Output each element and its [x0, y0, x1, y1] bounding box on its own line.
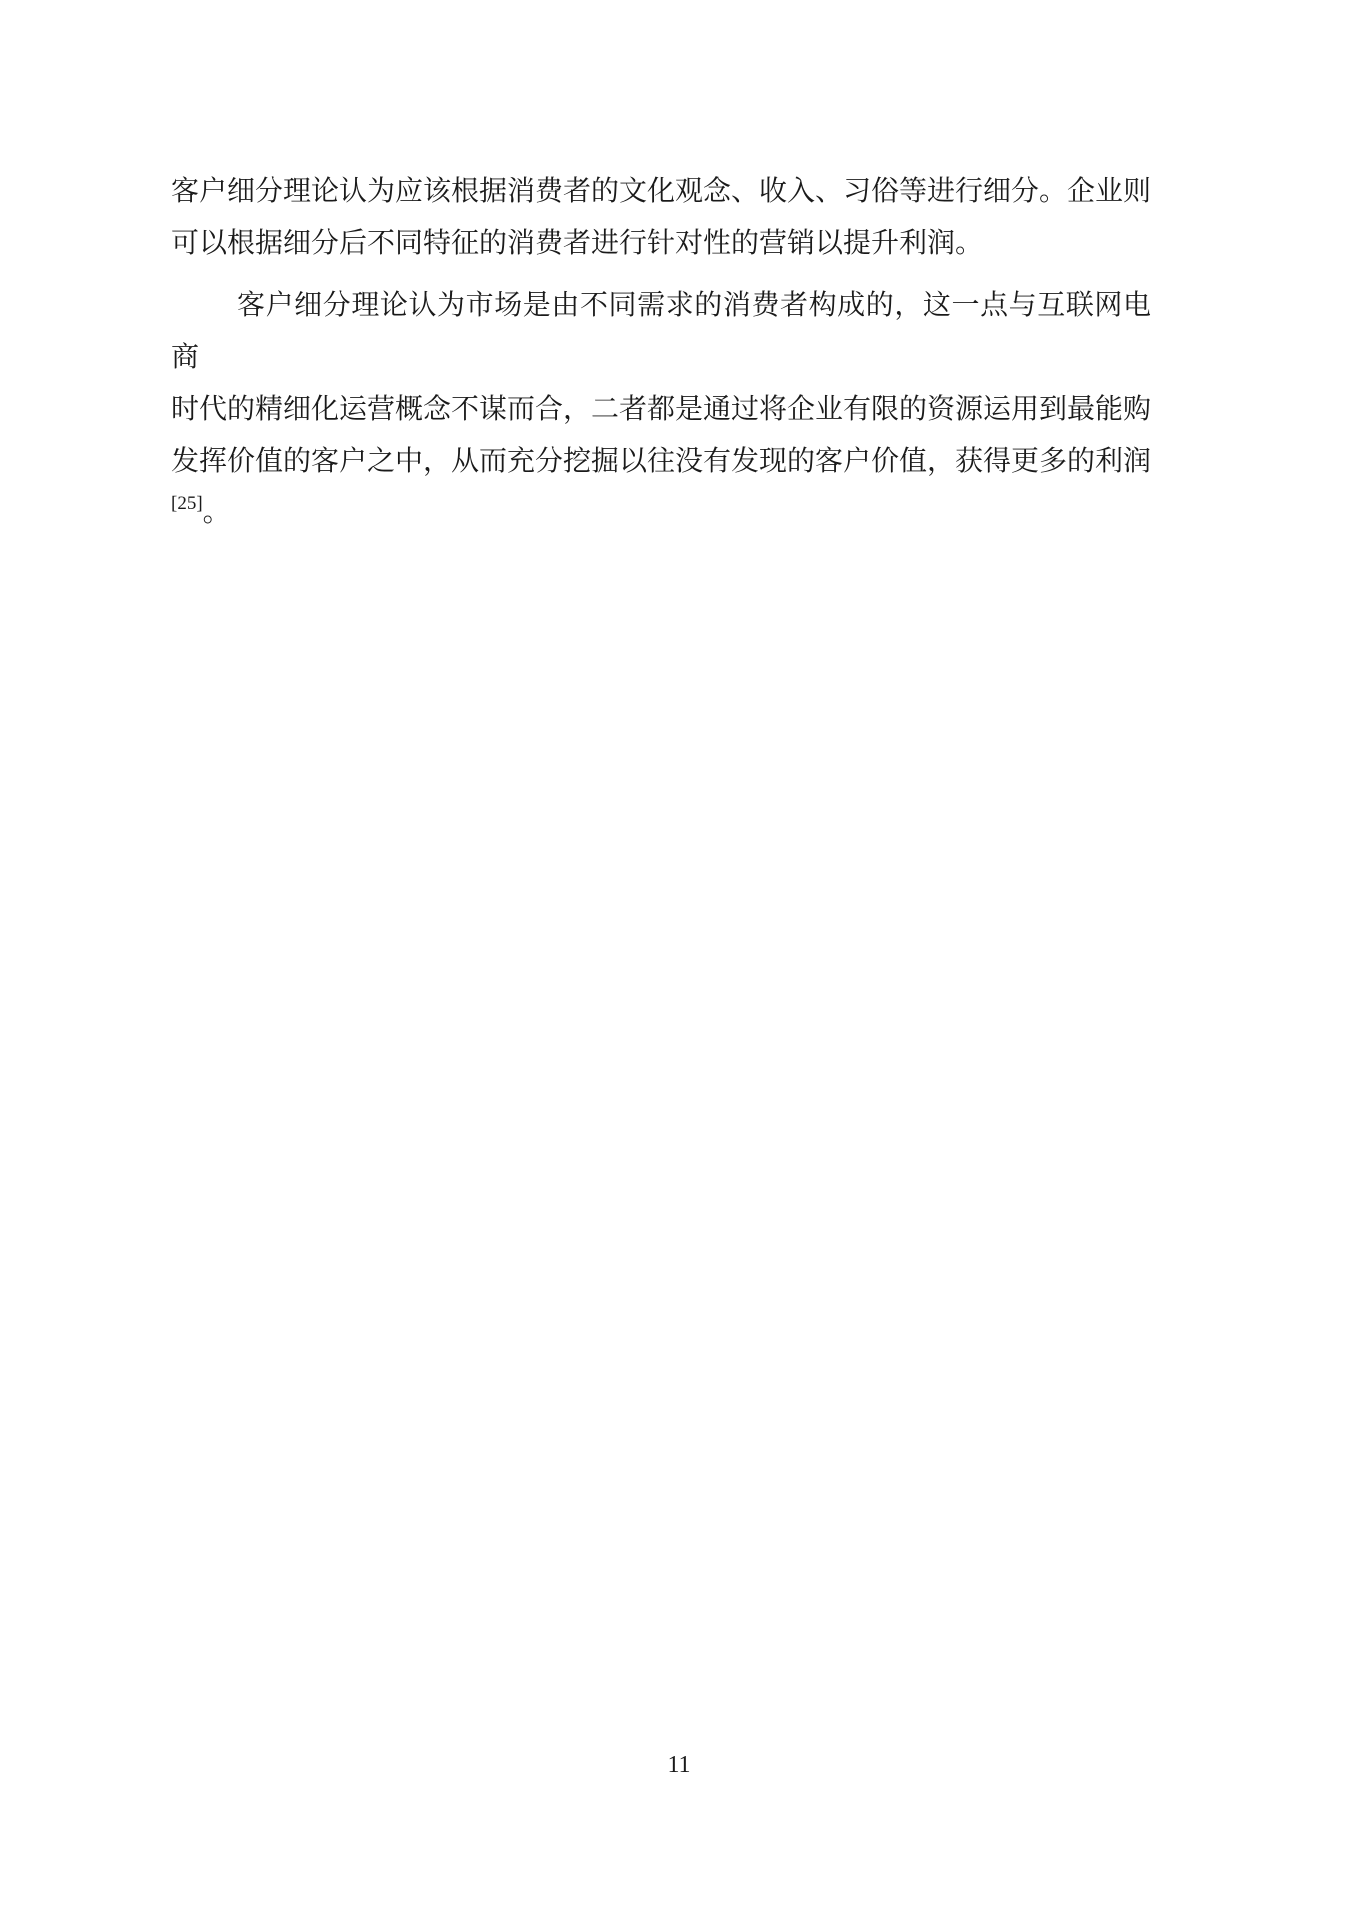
- paragraph-1-line-2: 可以根据细分后不同特征的消费者进行针对性的营销以提升利润。: [171, 218, 1151, 270]
- page-number: 11: [667, 1752, 690, 1778]
- paragraph-2-line-4: [25]。: [171, 488, 1151, 538]
- paragraph-1-line-1: 客户细分理论认为应该根据消费者的文化观念、收入、习俗等进行细分。企业则: [171, 166, 1151, 218]
- document-page: 客户细分理论认为应该根据消费者的文化观念、收入、习俗等进行细分。企业则 可以根据…: [0, 0, 1358, 1920]
- paragraph-2-line-2: 时代的精细化运营概念不谋而合，二者都是通过将企业有限的资源运用到最能购: [171, 384, 1151, 436]
- paragraph-1: 客户细分理论认为应该根据消费者的文化观念、收入、习俗等进行细分。企业则 可以根据…: [171, 166, 1151, 270]
- page-body-text: 客户细分理论认为应该根据消费者的文化观念、收入、习俗等进行细分。企业则 可以根据…: [171, 166, 1151, 538]
- paragraph-2-line-1: 客户细分理论认为市场是由不同需求的消费者构成的，这一点与互联网电商: [171, 280, 1151, 384]
- paragraph-2-line-3: 发挥价值的客户之中，从而充分挖掘以往没有发现的客户价值，获得更多的利润: [171, 436, 1151, 488]
- citation-reference: [25]: [171, 493, 203, 514]
- page-footer: 11: [0, 1748, 1358, 1782]
- citation-period: 。: [203, 497, 231, 528]
- paragraph-2: 客户细分理论认为市场是由不同需求的消费者构成的，这一点与互联网电商 时代的精细化…: [171, 280, 1151, 538]
